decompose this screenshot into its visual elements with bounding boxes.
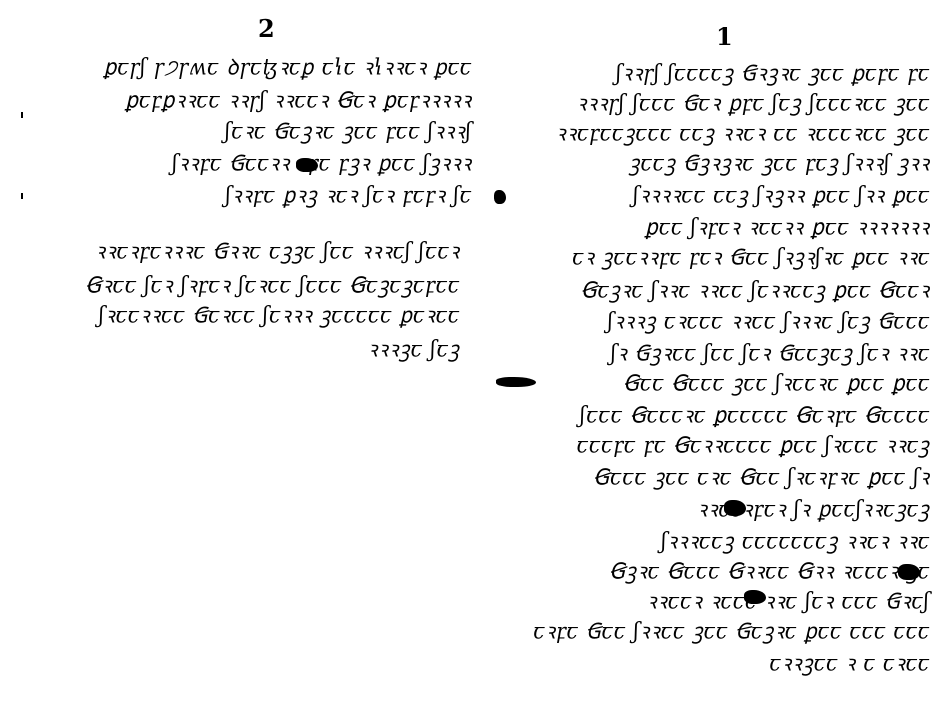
manuscript-line: ꝑꞇꞇ ʃꝛꝼꞇꝛ ꝛꞇꞇꝛꝛ ꝑꞇꞇ ꝛꝛꝛꝛꝛꝛꝛ <box>645 211 930 244</box>
ink-blot <box>724 500 746 516</box>
manuscript-line: ʃꝛ Ꞡꝫꝛꞇꞇ ʃꞇꞇ ʃꞇꝛ Ꞡꞇꞇꝫꞇꝫ ʃꞇꝛ ꝛꝛꞇ <box>611 337 930 370</box>
left-page: 2 ꝑꞇꞅʃ ꞅ੭ꞅʍꞇ ꝺꞅꞇꜩꝛꞇꝑ ꞇꝇꞇ ꝛꝇꝛꝛꞇꝛ ꝑꞇꞇ ꝑꞇꝼꝑ… <box>0 0 472 704</box>
manuscript-line: ꝑꞇꞅʃ ꞅ੭ꞅʍꞇ ꝺꞅꞇꜩꝛꞇꝑ ꞇꝇꞇ ꝛꝇꝛꝛꞇꝛ ꝑꞇꞇ <box>104 51 472 84</box>
page-number: 2 <box>258 14 275 43</box>
manuscript-line: ꞇꝛ ꝫꞇꞇꝛꝛꝼꞇ ꝼꞇꝛ Ꞡꞇꞇ ʃꝛꝫꝛʃꝛꞇ ꝑꞇꞇ ꝛꝛꞇ <box>572 241 930 274</box>
manuscript-line: ꝫꞇꞇꝫ Ꞡꝫꝛꝫꝛꞇ ꝫꞇꞇ ꝼꞇꝫ ʃꝛꝛꝛʃ ꝫꝛꝛ <box>629 147 930 180</box>
manuscript-line: ʃꝛꞇꞇꝛꝛꞇꞇ Ꞡꞇꝛꞇꞇ ʃꞇꝛꝛꝛ ꝫꞇꞇꞇꞇꞇ ꝑꞇꝛꞇꞇ <box>99 299 460 332</box>
manuscript-line: Ꞡꞇꞇ Ꞡꞇꞇꞇ ꝫꞇꞇ ʃꝛꞇꞇꝛꞇ ꝑꞇꞇ ꝑꞇꞇ <box>623 367 930 400</box>
ink-blot <box>494 190 506 204</box>
manuscript-line: Ꞡꞇꝫꝛꞇ ʃꝛꝛꞇ ꝛꝛꞇꞇ ʃꞇꝛꝛꞇꞇꝫ ꝑꞇꞇ Ꞡꞇꞇꝛ <box>581 274 930 307</box>
margin-mark <box>21 112 23 118</box>
manuscript-line: ꝛꝛꞇꝼꞇꞇꝫꞇꞇꞇ ꞇꞇꝫ ꝛꝛꞇꝛ ꞇꞇ ꝛꞇꞇꞇꝛꞇꞇ ꝫꞇꞇ <box>556 117 930 150</box>
margin-mark <box>21 193 23 199</box>
manuscript-line: ʃꞇꝛꞇ Ꞡꞇꝫꝛꞇ ꝫꞇꞇ ꝼꞇꞇ ʃꝛꝛꝛʃ <box>225 115 472 148</box>
right-page: 1 ʃꝛꝛꞅʃ ʃꞇꞇꞇꞇꝫ Ꞡꝛꝫꝛꞇ ꝫꞇꞇ ꝑꞇꝼꞇ ꝼꞇ ꝛꝛꝛꞅʃ ʃ… <box>472 0 944 704</box>
manuscript-line: ꞇꞇꞇꝼꞇ ꝼꞇ Ꞡꞇꝛꝛꞇꞇꞇꞇ ꝑꞇꞇ ʃꝛꞇꞇꞇ ꝛꝛꞇꝫ <box>577 429 930 462</box>
manuscript-line: ʃꝛꝛꝼꞇ ꝑꝛꝫ ꝛꞇꝛ ʃꞇꝛ ꝼꞇꝼꝛ ʃꞇ <box>225 179 472 212</box>
ink-blot <box>898 564 920 580</box>
manuscript-line: ʃꝛꝛꝼꞇ Ꞡꞇꞇꝛꝛ ꝛꝼꞇ ꝼꝫꝛ ꝑꞇꞇ ʃꝫꝛꝛꝛ <box>172 147 472 180</box>
manuscript-line: ꝛꝛꝛꞅʃ ʃꞇꞇꞇ Ꞡꞇꝛ ꝑꝼꞇ ʃꞇꝫ ʃꞇꞇꞇꝛꞇꞇ ꝫꞇꞇ <box>577 87 930 120</box>
manuscript-line: ꝛꝛꞇꝛꝼꞇꝛꝛꝛꞇ Ꞡꝛꝛꞇ ꞇꝫꝫꞇ ʃꞇꞇ ꝛꝛꝛꞇʃ ʃꞇꞇꝛ <box>95 235 460 268</box>
manuscript-line: ʃꝛꝛꝛꝫ ꞇꝛꞇꞇꞇ ꝛꝛꞇꞇ ʃꝛꝛꝛꞇ ʃꞇꝫ Ꞡꞇꞇꞇ <box>607 305 930 338</box>
manuscript-line: Ꞡꝛꞇꞇ ʃꞇꝛ ʃꝛꝼꞇꝛ ʃꞇꝛꞇꞇ ʃꞇꞇꞇ Ꞡꞇꝫꞇꝫꞇꝼꞇꞇ <box>86 269 460 302</box>
page-number: 1 <box>716 22 733 51</box>
manuscript-line: Ꞡꝫꝛꞇ Ꞡꞇꞇꞇ Ꞡꝛꝛꞇꞇ Ꞡꝛꝛ ꝛꞇꞇꞇꝛ ꝫꞇ <box>609 555 930 588</box>
manuscript-line: ʃꝛꝛꞅʃ ʃꞇꞇꞇꞇꝫ Ꞡꝛꝫꝛꞇ ꝫꞇꞇ ꝑꞇꝼꞇ ꝼꞇ <box>616 57 930 90</box>
ink-blot <box>496 377 536 387</box>
ink-blot <box>296 158 318 172</box>
manuscript-line: ꝛꝛꝛꝫꞇ ʃꞇꝫ <box>368 333 460 366</box>
manuscript-line: Ꞡꞇꞇꞇ ꝫꞇꞇ ꞇꝛꞇ Ꞡꞇꞇ ʃꝛꞇꝛꝼꝛꞇ ꝑꞇꞇ ʃꝛ <box>594 461 931 494</box>
manuscript-line: ꝛꝛꞇꞇꝛ ꝛꞇꞇꞇ ꝛꝛꞇ ʃꞇꝛ ꞇꞇꞇ Ꞡꝛꞇʃ <box>647 585 930 618</box>
manuscript-line: ꝑꞇꝼꝑꝛꝛꞇꞇ ꝛꝛꞅʃ ꝛꝛꞇꞇꝛ Ꞡꞇꝛ ꝑꞇꝼꝛꝛꝛꝛꝛ <box>125 84 472 117</box>
manuscript-line: ꞇꝛꝼꞇ Ꞡꞇꞇ ʃꝛꝛꞇꞇ ꝫꞇꞇ Ꞡꞇꝫꝛꞇ ꝑꞇꞇ ꞇꞇꞇ ꞇꞇꞇ <box>533 615 930 648</box>
manuscript-line: ʃꞇꞇꞇ Ꞡꞇꞇꞇꝛꞇ ꝑꞇꞇꞇꞇꞇ Ꞡꞇꝛꝼꞇ Ꞡꞇꞇꞇꞇ <box>580 399 930 432</box>
manuscript-line: ʃꝛꝛꝛꝛꞇꞇ ꞇꞇꝫ ʃꝛꝫꝛꝛ ꝑꞇꞇ ʃꝛꝛ ꝑꞇꞇ <box>633 179 930 212</box>
manuscript-line: ꞇꝛꝛꝫꞇꞇ ꝛ ꞇ ꞇꝛꞇꞇ <box>769 647 930 680</box>
manuscript-line: ʃꝛꝛꝛꞇꞇꝫ ꞇꞇꞇꞇꞇꞇꞇꝫ ꝛꝛꞇꝛ ꝛꝛꞇ <box>661 525 930 558</box>
ink-blot <box>744 590 766 604</box>
